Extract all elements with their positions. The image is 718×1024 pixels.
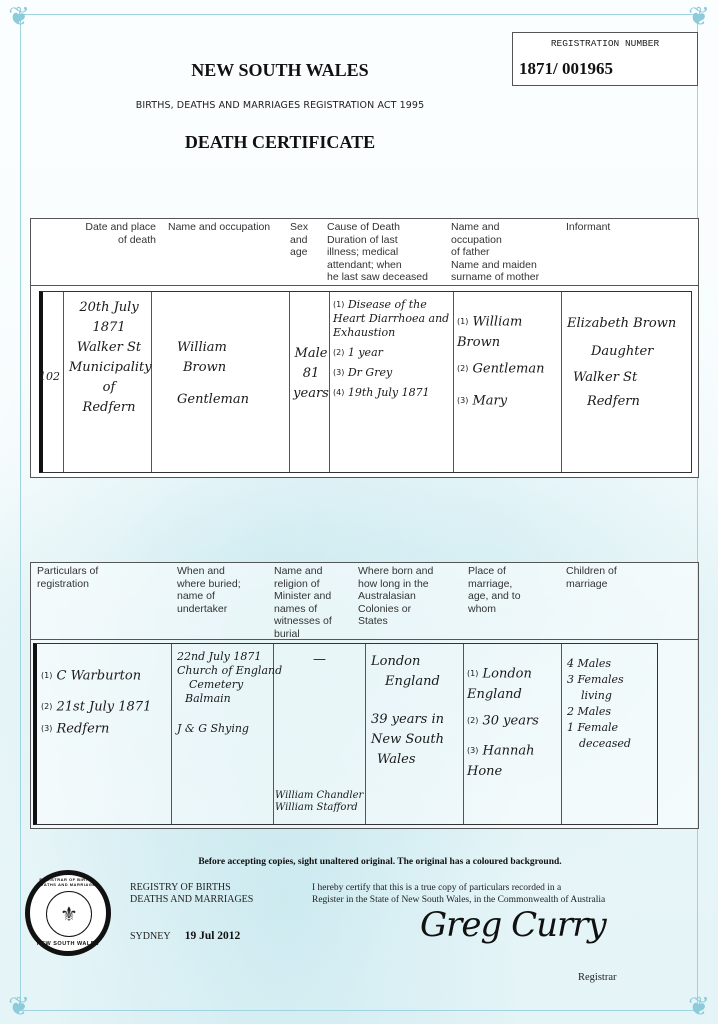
act-heading: BIRTHS, DEATHS AND MARRIAGES REGISTRATIO… <box>80 100 480 111</box>
entry-number: 102 <box>39 367 60 387</box>
death-details-section: Date and place of death Name and occupat… <box>30 218 699 478</box>
corner-flourish-icon: ❦ <box>682 0 716 34</box>
marriage-details: (1) London England (2) 30 years (3) Hann… <box>467 664 559 782</box>
seal-ring-text: REGISTRAR OF BIRTHS, DEATHS AND MARRIAGE… <box>30 877 106 887</box>
informant: Elizabeth Brown Daughter Walker St Redfe… <box>567 314 676 412</box>
header-sex-age: Sex and age <box>290 221 308 259</box>
header-date-place: Date and place of death <box>41 221 156 246</box>
issue-city: SYDNEY <box>130 931 170 942</box>
issue-location-date: SYDNEY 19 Jul 2012 <box>130 930 240 942</box>
header-burial: When and where buried; name of undertake… <box>177 565 241 615</box>
header-minister: Name and religion of Minister and names … <box>274 565 332 640</box>
name-occupation: William Brown Gentleman <box>177 338 249 410</box>
issue-date: 19 Jul 2012 <box>185 930 241 942</box>
header-born: Where born and how long in the Australas… <box>358 565 433 628</box>
registrar-seal: REGISTRAR OF BIRTHS, DEATHS AND MARRIAGE… <box>25 870 111 956</box>
registration-number-label: REGISTRATION NUMBER <box>513 38 697 49</box>
registration-register-entry: (1) C Warburton (2) 21st July 1871 (3) R… <box>33 643 658 825</box>
burial-witnesses: William Chandler William Stafford <box>275 790 363 814</box>
sex-age: Male 81 years <box>291 344 331 404</box>
birthplace-residence: London England 39 years in New South Wal… <box>371 652 444 770</box>
registration-number-value: 1871/ 001965 <box>519 59 613 79</box>
corner-flourish-icon: ❦ <box>2 0 36 34</box>
corner-flourish-icon: ❦ <box>682 990 716 1024</box>
registration-burial-section: Particulars of registration When and whe… <box>30 562 699 829</box>
cause-of-death: (1) Disease of the Heart Diarrhoea and E… <box>333 298 451 400</box>
header-divider <box>31 285 698 286</box>
parents: (1) William Brown (2) Gentleman (3) Mary <box>457 312 557 412</box>
header-particulars: Particulars of registration <box>37 565 98 590</box>
certification-text: I hereby certify that this is a true cop… <box>312 882 605 906</box>
registrar-signature: Greg Curry <box>420 905 606 945</box>
date-place-of-death: 20th July 1871 Walker St Municipality of… <box>69 298 149 418</box>
registration-number-box: REGISTRATION NUMBER 1871/ 001965 <box>512 32 698 86</box>
authenticity-notice: Before accepting copies, sight unaltered… <box>150 857 610 867</box>
document-title: DEATH CERTIFICATE <box>120 132 440 153</box>
corner-flourish-icon: ❦ <box>2 990 36 1024</box>
header-divider <box>31 639 698 640</box>
seal-ring-text-bottom: NEW SOUTH WALES <box>30 941 106 947</box>
header-children: Children of marriage <box>566 565 617 590</box>
header-parents: Name and occupation of father Name and m… <box>451 221 539 284</box>
burial-details: 22nd July 1871 Church of England Cemeter… <box>177 650 282 736</box>
header-cause-of-death: Cause of Death Duration of last illness;… <box>327 221 428 284</box>
registration-particulars: (1) C Warburton (2) 21st July 1871 (3) R… <box>41 666 151 740</box>
death-register-entry: 102 20th July 1871 Walker St Municipalit… <box>39 291 692 473</box>
registrar-label: Registrar <box>578 972 617 983</box>
header-informant: Informant <box>566 221 610 234</box>
header-marriage: Place of marriage, age, and to whom <box>468 565 521 615</box>
state-heading: NEW SOUTH WALES <box>120 60 440 81</box>
registry-name: REGISTRY OF BIRTHS DEATHS AND MARRIAGES <box>130 882 253 906</box>
minister: — <box>313 650 326 670</box>
children-of-marriage: 4 Males 3 Females living 2 Males 1 Femal… <box>567 656 631 752</box>
coat-of-arms-icon: ⚜ <box>46 891 92 937</box>
header-name-occupation: Name and occupation <box>168 221 270 234</box>
